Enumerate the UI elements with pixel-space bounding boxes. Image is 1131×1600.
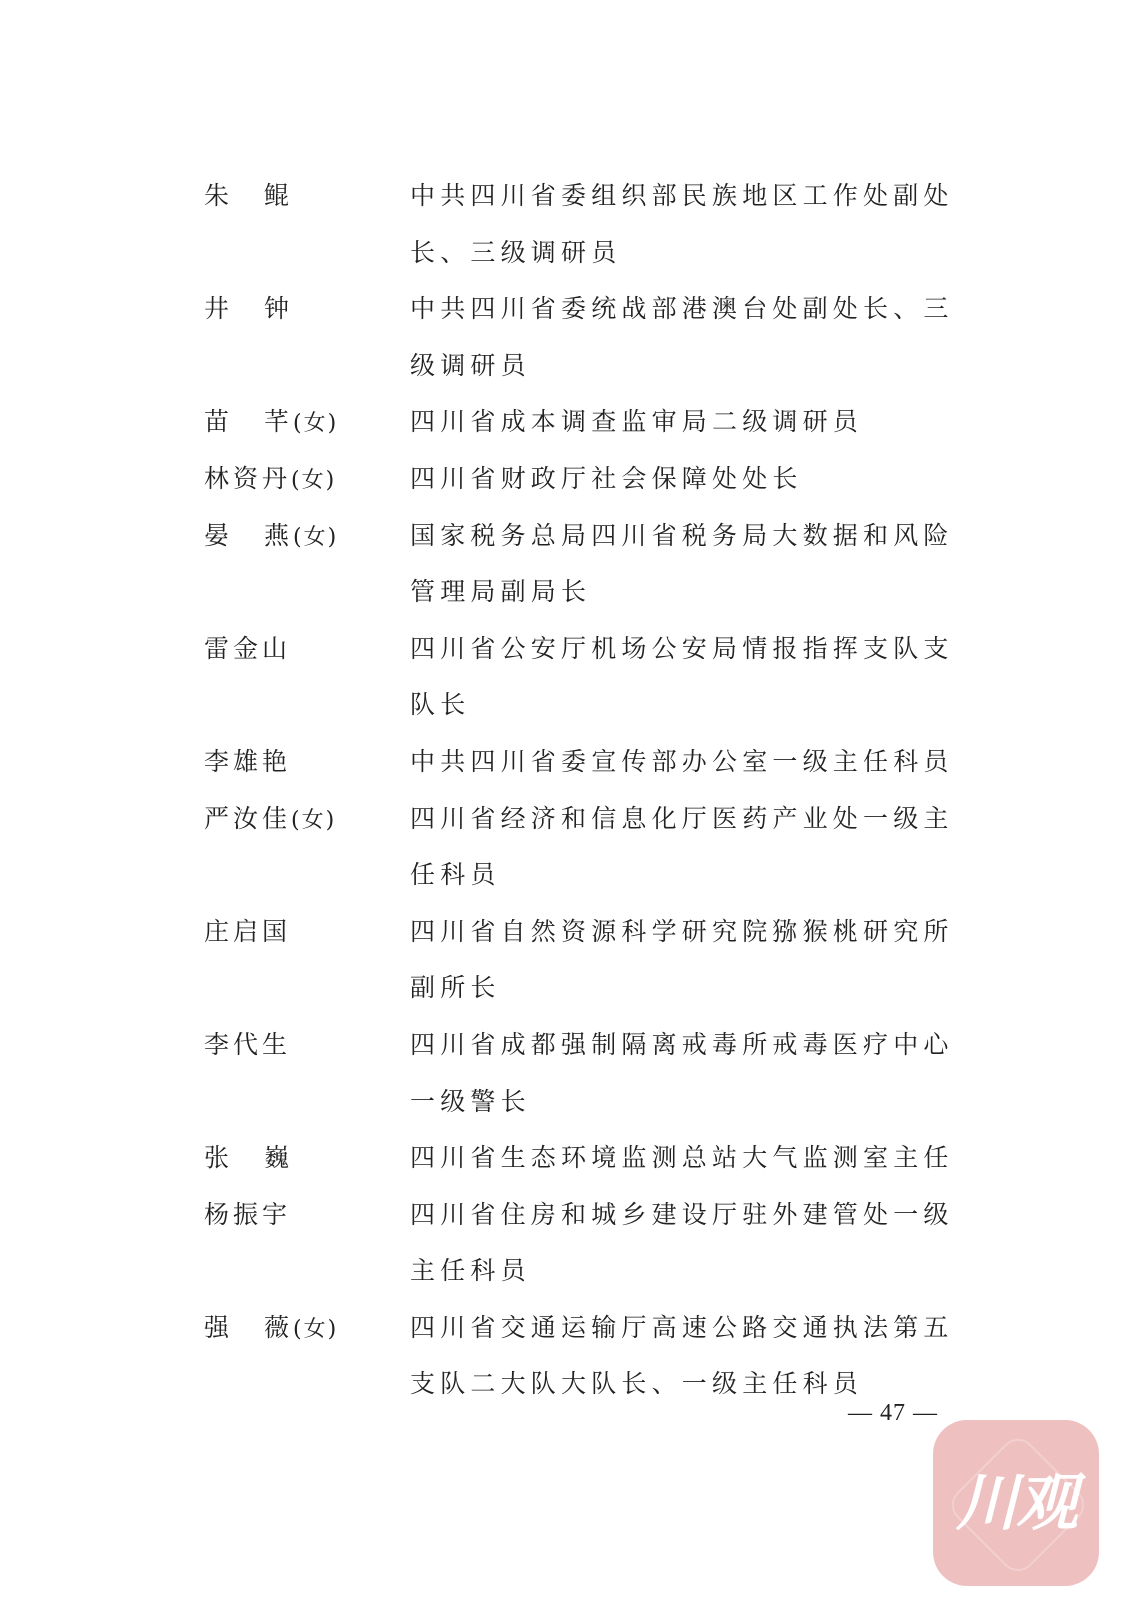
person-name: 严汝佳(女) bbox=[204, 791, 410, 848]
person-position: 四川省经济和信息化厅医药产业处一级主任科员 bbox=[410, 791, 970, 904]
page-number: — 47 — bbox=[848, 1400, 938, 1427]
list-item: 苗芊(女) 四川省成本调查监审局二级调研员 bbox=[204, 394, 984, 451]
person-position: 中共四川省委统战部港澳台处副处长、三级调研员 bbox=[410, 281, 970, 394]
chuanguan-watermark-logo: 川观 bbox=[933, 1420, 1099, 1586]
document-page: 朱鲲 中共四川省委组织部民族地区工作处副处长、三级调研员 井钟 中共四川省委统战… bbox=[0, 0, 1131, 1600]
list-item: 朱鲲 中共四川省委组织部民族地区工作处副处长、三级调研员 bbox=[204, 168, 984, 281]
person-name: 强薇(女) bbox=[204, 1300, 410, 1357]
person-name: 朱鲲 bbox=[204, 168, 410, 225]
person-position: 四川省成本调查监审局二级调研员 bbox=[410, 394, 970, 451]
person-name: 杨振宇 bbox=[204, 1187, 410, 1244]
list-item: 雷金山 四川省公安厅机场公安局情报指挥支队支队长 bbox=[204, 621, 984, 734]
list-item: 井钟 中共四川省委统战部港澳台处副处长、三级调研员 bbox=[204, 281, 984, 394]
person-name: 张巍 bbox=[204, 1130, 410, 1187]
person-name: 雷金山 bbox=[204, 621, 410, 678]
list-item: 杨振宇 四川省住房和城乡建设厅驻外建管处一级主任科员 bbox=[204, 1187, 984, 1300]
person-position: 四川省交通运输厅高速公路交通执法第五支队二大队大队长、一级主任科员 bbox=[410, 1300, 970, 1413]
list-item: 李代生 四川省成都强制隔离戒毒所戒毒医疗中心一级警长 bbox=[204, 1017, 984, 1130]
person-position: 四川省生态环境监测总站大气监测室主任 bbox=[410, 1130, 970, 1187]
list-item: 林资丹(女) 四川省财政厅社会保障处处长 bbox=[204, 451, 984, 508]
person-name: 林资丹(女) bbox=[204, 451, 410, 508]
watermark-text: 川观 bbox=[933, 1420, 1099, 1586]
person-position: 四川省住房和城乡建设厅驻外建管处一级主任科员 bbox=[410, 1187, 970, 1300]
person-position: 四川省财政厅社会保障处处长 bbox=[410, 451, 970, 508]
person-position: 四川省成都强制隔离戒毒所戒毒医疗中心一级警长 bbox=[410, 1017, 970, 1130]
personnel-list: 朱鲲 中共四川省委组织部民族地区工作处副处长、三级调研员 井钟 中共四川省委统战… bbox=[204, 168, 984, 1413]
person-name: 庄启国 bbox=[204, 904, 410, 961]
person-position: 中共四川省委宣传部办公室一级主任科员 bbox=[410, 734, 970, 791]
list-item: 严汝佳(女) 四川省经济和信息化厅医药产业处一级主任科员 bbox=[204, 791, 984, 904]
person-name: 井钟 bbox=[204, 281, 410, 338]
person-name: 苗芊(女) bbox=[204, 394, 410, 451]
person-name: 晏燕(女) bbox=[204, 508, 410, 565]
list-item: 庄启国 四川省自然资源科学研究院猕猴桃研究所副所长 bbox=[204, 904, 984, 1017]
person-name: 李代生 bbox=[204, 1017, 410, 1074]
person-position: 中共四川省委组织部民族地区工作处副处长、三级调研员 bbox=[410, 168, 970, 281]
list-item: 晏燕(女) 国家税务总局四川省税务局大数据和风险管理局副局长 bbox=[204, 508, 984, 621]
list-item: 强薇(女) 四川省交通运输厅高速公路交通执法第五支队二大队大队长、一级主任科员 bbox=[204, 1300, 984, 1413]
person-name: 李雄艳 bbox=[204, 734, 410, 791]
list-item: 李雄艳 中共四川省委宣传部办公室一级主任科员 bbox=[204, 734, 984, 791]
person-position: 四川省公安厅机场公安局情报指挥支队支队长 bbox=[410, 621, 970, 734]
person-position: 四川省自然资源科学研究院猕猴桃研究所副所长 bbox=[410, 904, 970, 1017]
person-position: 国家税务总局四川省税务局大数据和风险管理局副局长 bbox=[410, 508, 970, 621]
list-item: 张巍 四川省生态环境监测总站大气监测室主任 bbox=[204, 1130, 984, 1187]
